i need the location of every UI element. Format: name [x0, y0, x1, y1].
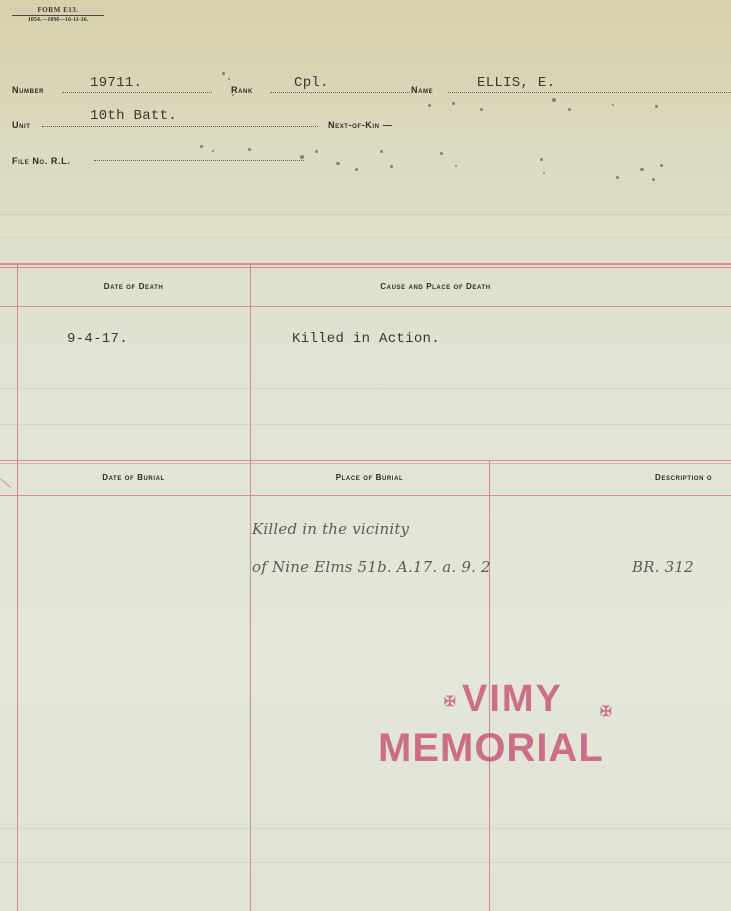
column-divider-mid	[250, 263, 251, 911]
burial-table-top-rule	[0, 460, 731, 461]
header-description: Description o	[655, 473, 712, 482]
death-table-top-rule-inner	[0, 267, 731, 268]
faint-rule	[0, 862, 731, 863]
header-cause-and-place-of-death: Cause and Place of Death	[250, 282, 731, 291]
faint-rule	[0, 237, 731, 238]
date-of-death-value: 9-4-17.	[67, 331, 128, 347]
column-divider-left	[17, 263, 18, 911]
faint-rule	[0, 214, 731, 215]
place-of-burial-line2: of Nine Elms 51b. A.17. a. 9. 2	[252, 558, 491, 576]
header-date-of-death: Date of Death	[17, 282, 250, 291]
faint-rule	[0, 388, 731, 389]
stamp-line1: VIMY	[462, 678, 563, 721]
header-place-of-burial: Place of Burial	[250, 473, 489, 482]
stamp-line2: MEMORIAL	[378, 726, 604, 771]
faint-rule	[0, 424, 731, 425]
death-table-header-rule	[0, 306, 731, 307]
faded-perforation-marks	[0, 0, 731, 200]
death-table-top-rule	[0, 263, 731, 265]
place-of-burial-line1: Killed in the vicinity	[252, 520, 409, 538]
cause-and-place-value: Killed in Action.	[292, 331, 440, 347]
burial-table-header-rule	[0, 495, 731, 496]
burial-table-top-rule-inner	[0, 463, 731, 464]
vimy-memorial-stamp: ✠ VIMY ✠ MEMORIAL	[378, 676, 678, 786]
cross-icon: ✠	[444, 694, 456, 711]
header-date-of-burial: Date of Burial	[17, 473, 250, 482]
margin-tick-mark	[0, 478, 11, 488]
cross-icon: ✠	[600, 704, 612, 721]
faint-rule	[0, 828, 731, 829]
description-value: BR. 312	[632, 558, 694, 576]
